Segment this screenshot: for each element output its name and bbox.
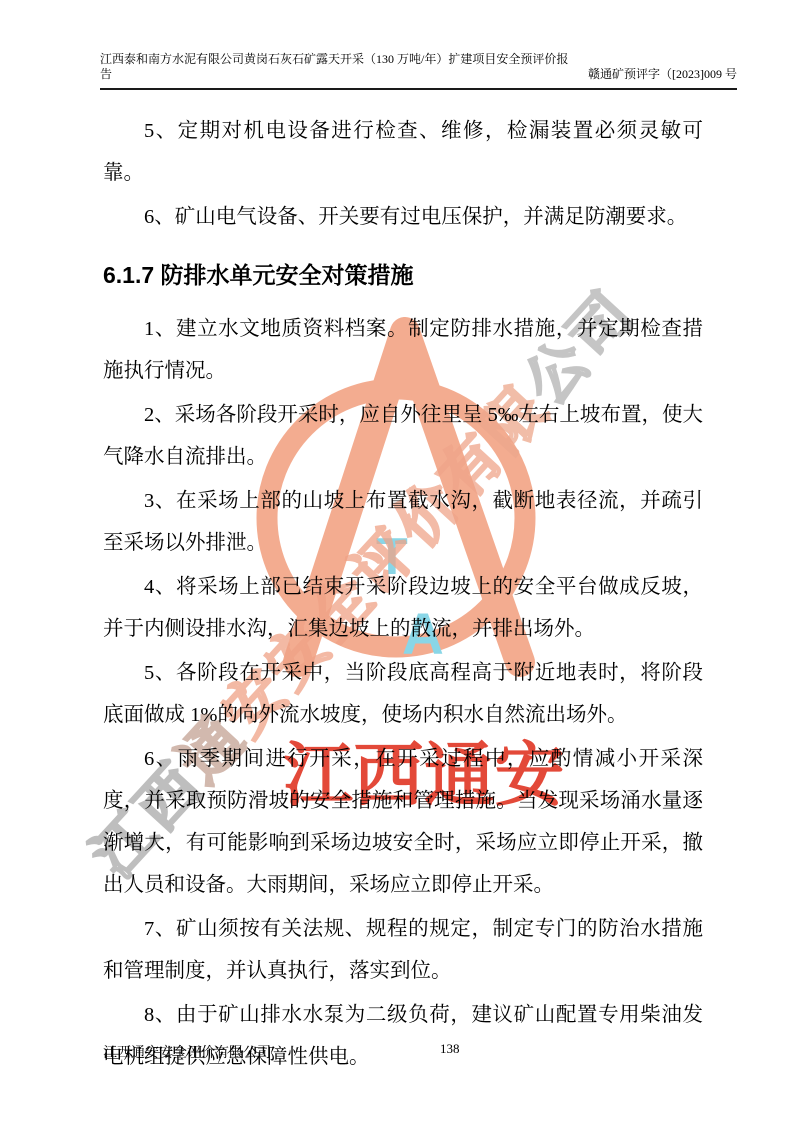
page-number: 138 [440, 1041, 460, 1057]
section-heading: 6.1.7 防排水单元安全对策措施 [103, 254, 703, 296]
page-header: 江西泰和南方水泥有限公司黄岗石灰石矿露天开采（130 万吨/年）扩建项目安全预评… [100, 0, 737, 90]
paragraph-item: 5、定期对机电设备进行检查、维修，检漏装置必须灵敏可靠。 [103, 110, 703, 194]
document-body: 5、定期对机电设备进行检查、维修，检漏装置必须灵敏可靠。 6、矿山电气设备、开关… [103, 110, 703, 1078]
paragraph-item: 5、各阶段在开采中，当阶段底高程高于附近地表时，将阶段底面做成 1%的向外流水坡… [103, 652, 703, 736]
footer-company-name: 江西通安安全评价有限公司 [103, 1042, 271, 1062]
paragraph-item: 4、将采场上部已结束开采阶段边坡上的安全平台做成反坡，并于内侧设排水沟，汇集边坡… [103, 566, 703, 650]
paragraph-item: 2、采场各阶段开采时，应自外往里呈 5‰左右上坡布置，使大气降水自流排出。 [103, 394, 703, 478]
paragraph-item: 8、由于矿山排水水泵为二级负荷，建议矿山配置专用柴油发电机组提供应急保障性供电。 [103, 994, 703, 1078]
paragraph-item: 6、矿山电气设备、开关要有过电压保护，并满足防潮要求。 [103, 196, 703, 238]
header-document-number: 赣通矿预评字（[2023]009 号 [588, 67, 737, 82]
paragraph-item: 6、雨季期间进行开采，在开采过程中，应酌情减小开采深度，并采取预防滑坡的安全措施… [103, 738, 703, 906]
paragraph-item: 7、矿山须按有关法规、规程的规定，制定专门的防治水措施和管理制度，并认真执行，落… [103, 908, 703, 992]
document-page: { "header": { "left": "江西泰和南方水泥有限公司黄岗石灰石… [0, 0, 800, 1131]
header-report-title: 江西泰和南方水泥有限公司黄岗石灰石矿露天开采（130 万吨/年）扩建项目安全预评… [100, 52, 570, 82]
paragraph-item: 1、建立水文地质资料档案。制定防排水措施，并定期检查措施执行情况。 [103, 308, 703, 392]
paragraph-item: 3、在采场上部的山坡上布置截水沟，截断地表径流，并疏引至采场以外排泄。 [103, 480, 703, 564]
report-page: 江西泰和南方水泥有限公司黄岗石灰石矿露天开采（130 万吨/年）扩建项目安全预评… [0, 0, 800, 1078]
